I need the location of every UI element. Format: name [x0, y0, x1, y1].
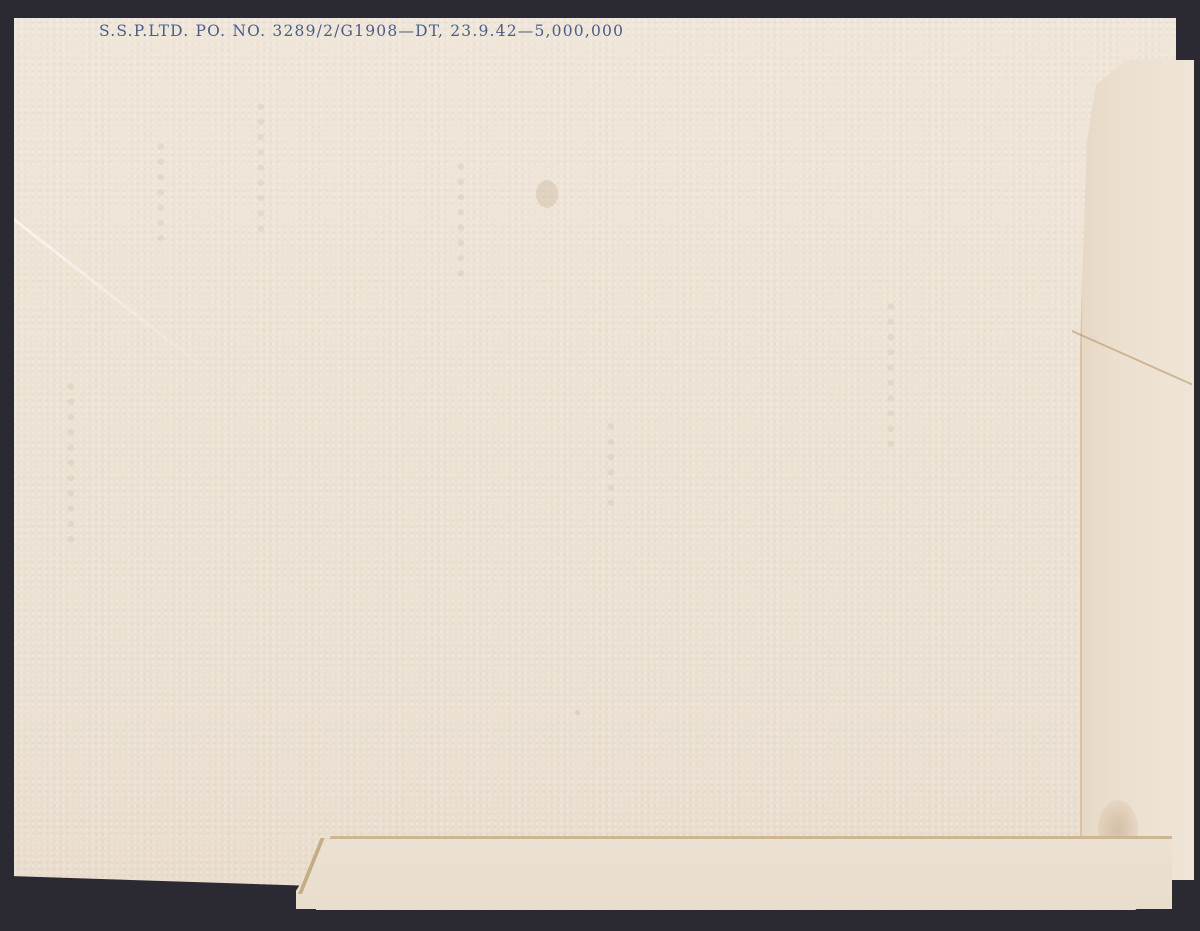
show-through-text: ••••••••: [450, 160, 475, 282]
show-through-text: •••••••: [150, 140, 175, 247]
paper-texture: [14, 18, 1176, 910]
foxing-spot: [536, 180, 558, 208]
right-flap: [1080, 60, 1194, 880]
envelope-back: [14, 18, 1176, 910]
foxing-spot: [575, 710, 580, 715]
printer-imprint: S.S.P.LTD. PO. NO. 3289/2/G1908—DT, 23.9…: [99, 22, 624, 40]
show-through-text: •••••••••: [250, 100, 275, 237]
show-through-text: ••••••••••: [880, 300, 905, 452]
show-through-text: •••••••••••: [60, 380, 85, 548]
show-through-text: ••••••: [600, 420, 625, 511]
bottom-flap: [296, 836, 1172, 909]
